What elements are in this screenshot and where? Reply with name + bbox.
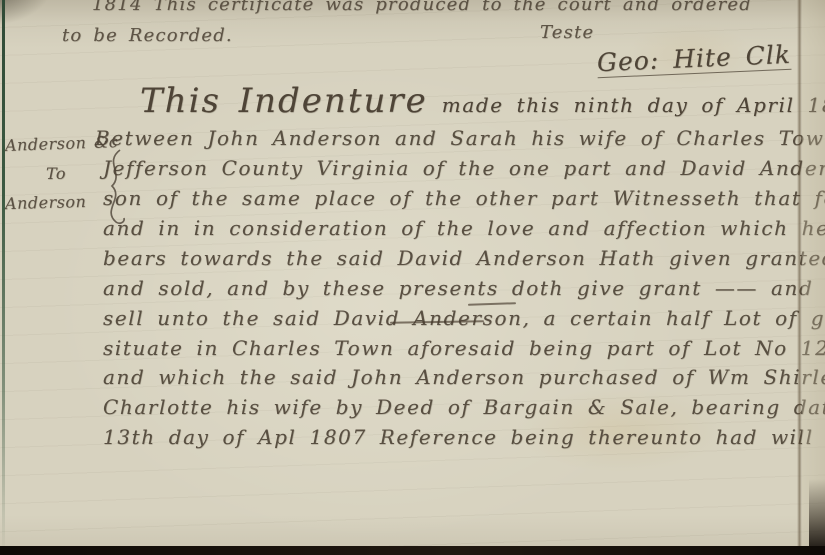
clerk-signature: Geo: Hite Clk xyxy=(596,42,791,78)
deed-text-line: and which the said John Anderson purchas… xyxy=(103,367,825,387)
margin-connector: To xyxy=(46,166,66,182)
deed-text-line: 13th day of Apl 1807 Reference being the… xyxy=(103,427,814,447)
deed-text-line: and sold, and by these presents doth giv… xyxy=(103,278,813,298)
indenture-opening-words: This Indenture xyxy=(140,84,428,118)
deed-text-line: and in in consideration of the love and … xyxy=(103,218,825,238)
deed-book-page: 1814 This certificate was produced to th… xyxy=(0,0,825,555)
deed-text-line: son of the same place of the other part … xyxy=(103,188,825,208)
deed-text-line: Charlotte his wife by Deed of Bargain & … xyxy=(103,397,825,417)
margin-grantee: Anderson xyxy=(5,194,87,212)
deed-text-line: Jefferson County Virginia of the one par… xyxy=(103,158,825,178)
deed-text-line: bears towards the said David Anderson Ha… xyxy=(103,248,825,268)
teste-label: Teste xyxy=(540,24,594,42)
indenture-opening-rest: made this ninth day of April 1814 xyxy=(442,95,825,115)
top-left-shadow xyxy=(0,0,90,60)
page-crease xyxy=(797,0,802,555)
indenture-opening-line: This Indenture made this ninth day of Ap… xyxy=(140,84,825,118)
page-right-margin-column xyxy=(802,0,825,555)
bottom-right-shadow xyxy=(809,479,825,549)
binding-edge xyxy=(2,0,5,555)
bottom-page-edge xyxy=(0,546,825,555)
deed-text-line: sell unto the said David Anderson, a cer… xyxy=(103,308,825,328)
certification-line-1: 1814 This certificate was produced to th… xyxy=(92,0,752,14)
deed-text-line: Between John Anderson and Sarah his wife… xyxy=(95,128,825,148)
deed-text-line: situate in Charles Town aforesaid being … xyxy=(103,338,825,358)
